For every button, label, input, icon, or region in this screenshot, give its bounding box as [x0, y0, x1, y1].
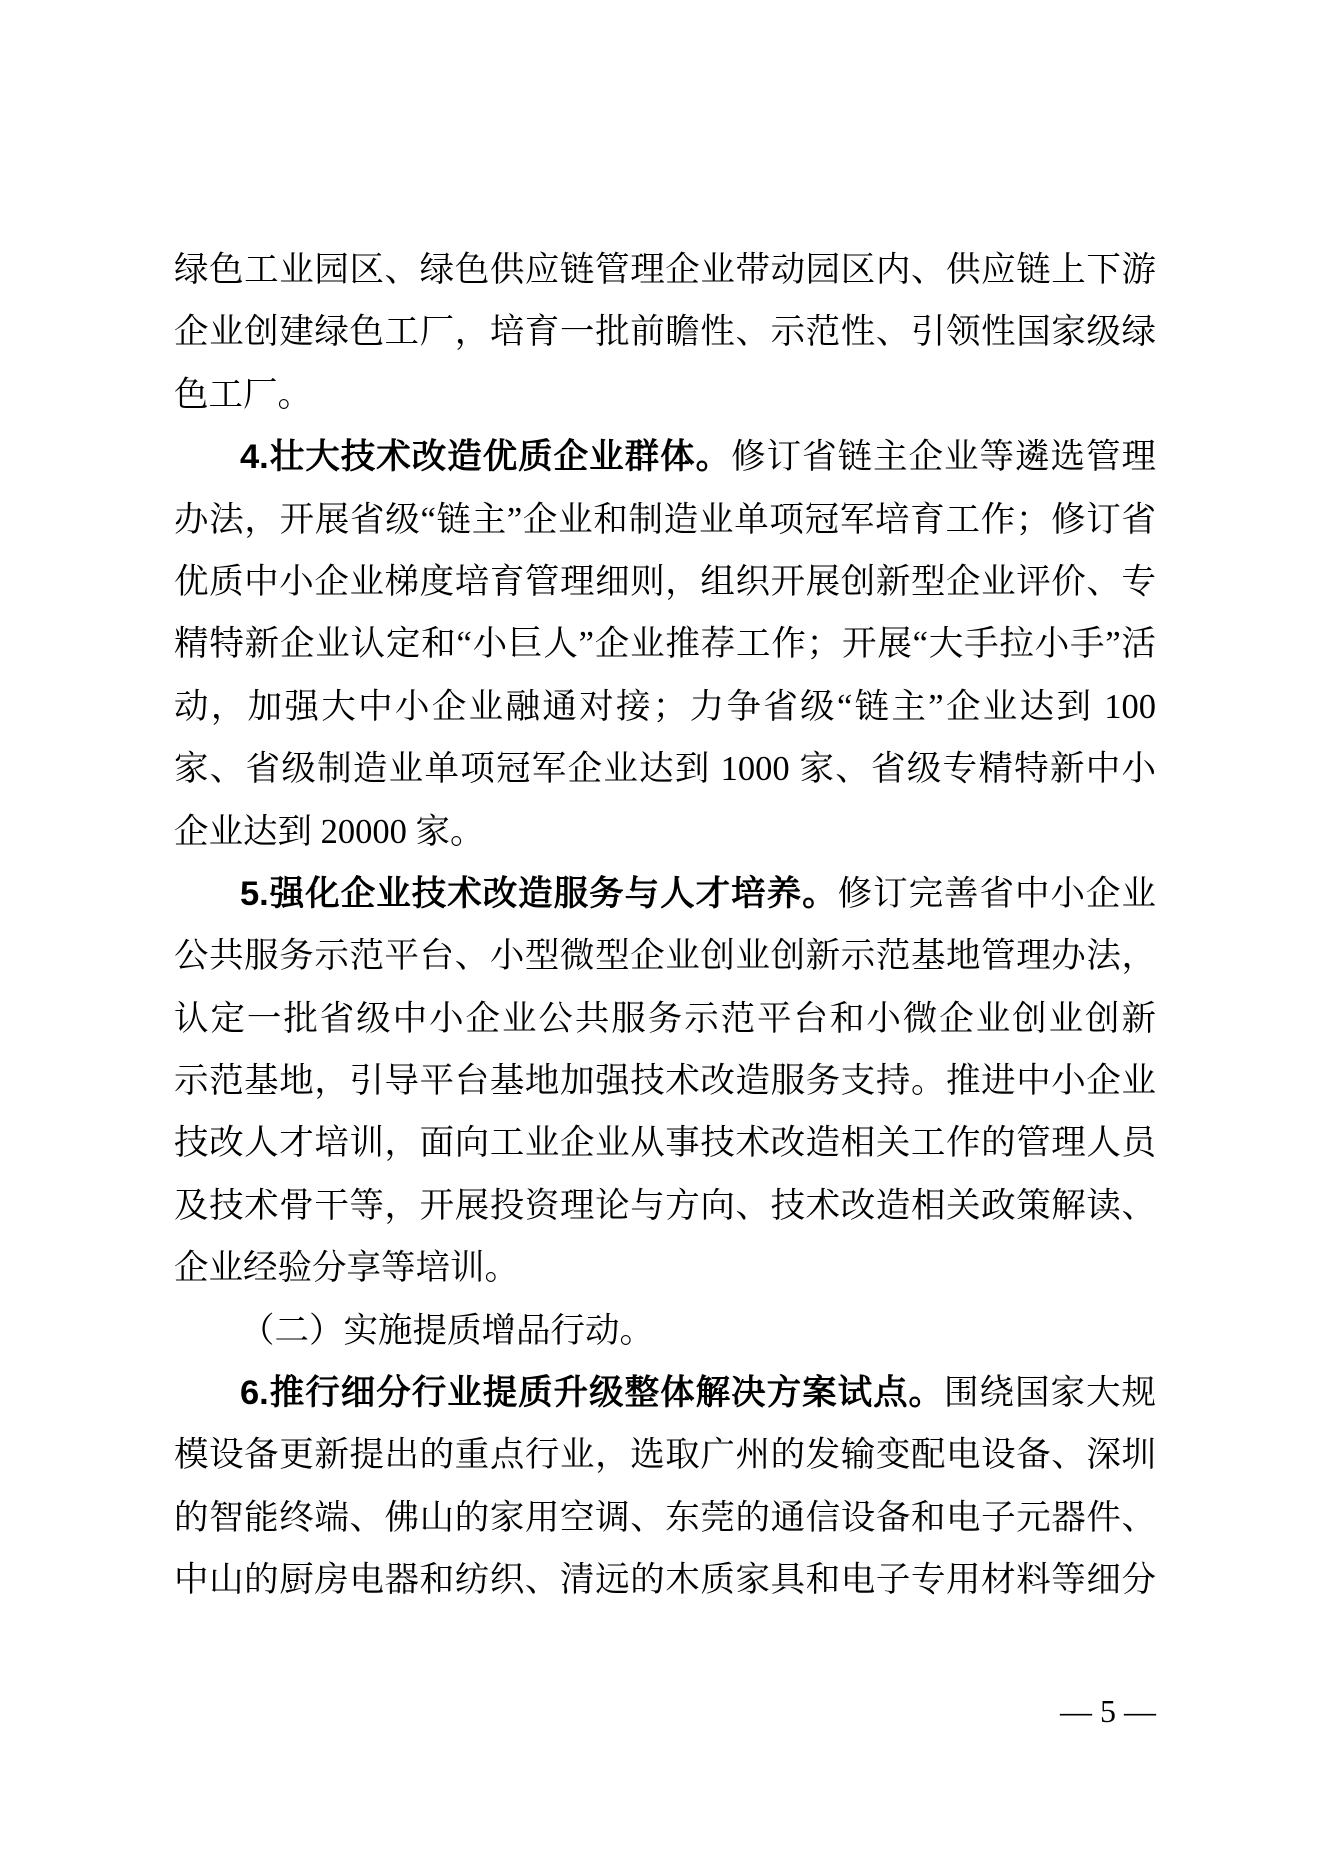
body-run: 围绕国家大规	[944, 1374, 1156, 1412]
text-line: 5.强化企业技术改造服务与人才培养。修订完善省中小企业	[174, 863, 1156, 925]
text-line: 的智能终端、佛山的家用空调、东莞的通信设备和电子元器件、	[174, 1487, 1156, 1549]
heading-run: 5.强化企业技术改造服务与人才培养。	[240, 875, 838, 913]
text-line: 企业达到 20000 家。	[174, 801, 1156, 863]
document-body: 绿色工业园区、绿色供应链管理企业带动园区内、供应链上下游企业创建绿色工厂，培育一…	[174, 239, 1156, 1612]
body-run: 企业达到 20000 家。	[174, 813, 485, 851]
text-line: 绿色工业园区、绿色供应链管理企业带动园区内、供应链上下游	[174, 239, 1156, 301]
text-line: （二）实施提质增品行动。	[174, 1300, 1156, 1362]
text-line: 企业经验分享等培训。	[174, 1237, 1156, 1299]
text-line: 6.推行细分行业提质升级整体解决方案试点。围绕国家大规	[174, 1362, 1156, 1424]
body-run: 色工厂。	[174, 376, 312, 414]
body-run: 中山的厨房电器和纺织、清远的木质家具和电子专用材料等细分	[174, 1561, 1156, 1599]
text-line: 认定一批省级中小企业公共服务示范平台和小微企业创业创新	[174, 988, 1156, 1050]
text-line: 及技术骨干等，开展投资理论与方向、技术改造相关政策解读、	[174, 1175, 1156, 1237]
body-run: 企业经验分享等培训。	[174, 1249, 519, 1287]
body-run: 公共服务示范平台、小型微型企业创业创新示范基地管理办法，	[174, 937, 1156, 975]
body-run: 精特新企业认定和“小巨人”企业推荐工作；开展“大手拉小手”活	[174, 625, 1156, 663]
document-page: 绿色工业园区、绿色供应链管理企业带动园区内、供应链上下游企业创建绿色工厂，培育一…	[0, 0, 1323, 1871]
text-line: 精特新企业认定和“小巨人”企业推荐工作；开展“大手拉小手”活	[174, 613, 1156, 675]
body-run: 模设备更新提出的重点行业，选取广州的发输变配电设备、深圳	[174, 1436, 1156, 1474]
text-line: 动，加强大中小企业融通对接；力争省级“链主”企业达到 100	[174, 676, 1156, 738]
text-line: 4.壮大技术改造优质企业群体。修订省链主企业等遴选管理	[174, 426, 1156, 488]
body-run: 动，加强大中小企业融通对接；力争省级“链主”企业达到 100	[174, 688, 1156, 726]
body-run: 修订省链主企业等遴选管理	[731, 438, 1156, 476]
body-run: 技改人才培训，面向工业企业从事技术改造相关工作的管理人员	[174, 1124, 1156, 1162]
text-line: 公共服务示范平台、小型微型企业创业创新示范基地管理办法，	[174, 925, 1156, 987]
text-line: 示范基地，引导平台基地加强技术改造服务支持。推进中小企业	[174, 1050, 1156, 1112]
text-line: 中山的厨房电器和纺织、清远的木质家具和电子专用材料等细分	[174, 1549, 1156, 1611]
page-number: — 5 —	[1060, 1693, 1156, 1729]
body-run: 优质中小企业梯度培育管理细则，组织开展创新型企业评价、专	[174, 563, 1156, 601]
body-run: 及技术骨干等，开展投资理论与方向、技术改造相关政策解读、	[174, 1187, 1156, 1225]
text-line: 色工厂。	[174, 364, 1156, 426]
text-line: 模设备更新提出的重点行业，选取广州的发输变配电设备、深圳	[174, 1424, 1156, 1486]
body-run: 企业创建绿色工厂，培育一批前瞻性、示范性、引领性国家级绿	[174, 313, 1156, 351]
text-line: 企业创建绿色工厂，培育一批前瞻性、示范性、引领性国家级绿	[174, 301, 1156, 363]
text-line: 办法，开展省级“链主”企业和制造业单项冠军培育工作；修订省	[174, 489, 1156, 551]
body-run: （二）实施提质增品行动。	[240, 1312, 654, 1350]
text-line: 优质中小企业梯度培育管理细则，组织开展创新型企业评价、专	[174, 551, 1156, 613]
body-run: 示范基地，引导平台基地加强技术改造服务支持。推进中小企业	[174, 1062, 1156, 1100]
text-line: 家、省级制造业单项冠军企业达到 1000 家、省级专精特新中小	[174, 738, 1156, 800]
body-run: 认定一批省级中小企业公共服务示范平台和小微企业创业创新	[174, 1000, 1156, 1038]
heading-run: 4.壮大技术改造优质企业群体。	[240, 438, 731, 476]
body-run: 绿色工业园区、绿色供应链管理企业带动园区内、供应链上下游	[174, 251, 1156, 289]
body-run: 家、省级制造业单项冠军企业达到 1000 家、省级专精特新中小	[174, 750, 1156, 788]
body-run: 的智能终端、佛山的家用空调、东莞的通信设备和电子元器件、	[174, 1499, 1156, 1537]
text-line: 技改人才培训，面向工业企业从事技术改造相关工作的管理人员	[174, 1112, 1156, 1174]
body-run: 修订完善省中小企业	[838, 875, 1156, 913]
heading-run: 6.推行细分行业提质升级整体解决方案试点。	[240, 1374, 944, 1412]
page-footer: — 5 —	[174, 1689, 1156, 1733]
body-run: 办法，开展省级“链主”企业和制造业单项冠军培育工作；修订省	[174, 501, 1156, 539]
